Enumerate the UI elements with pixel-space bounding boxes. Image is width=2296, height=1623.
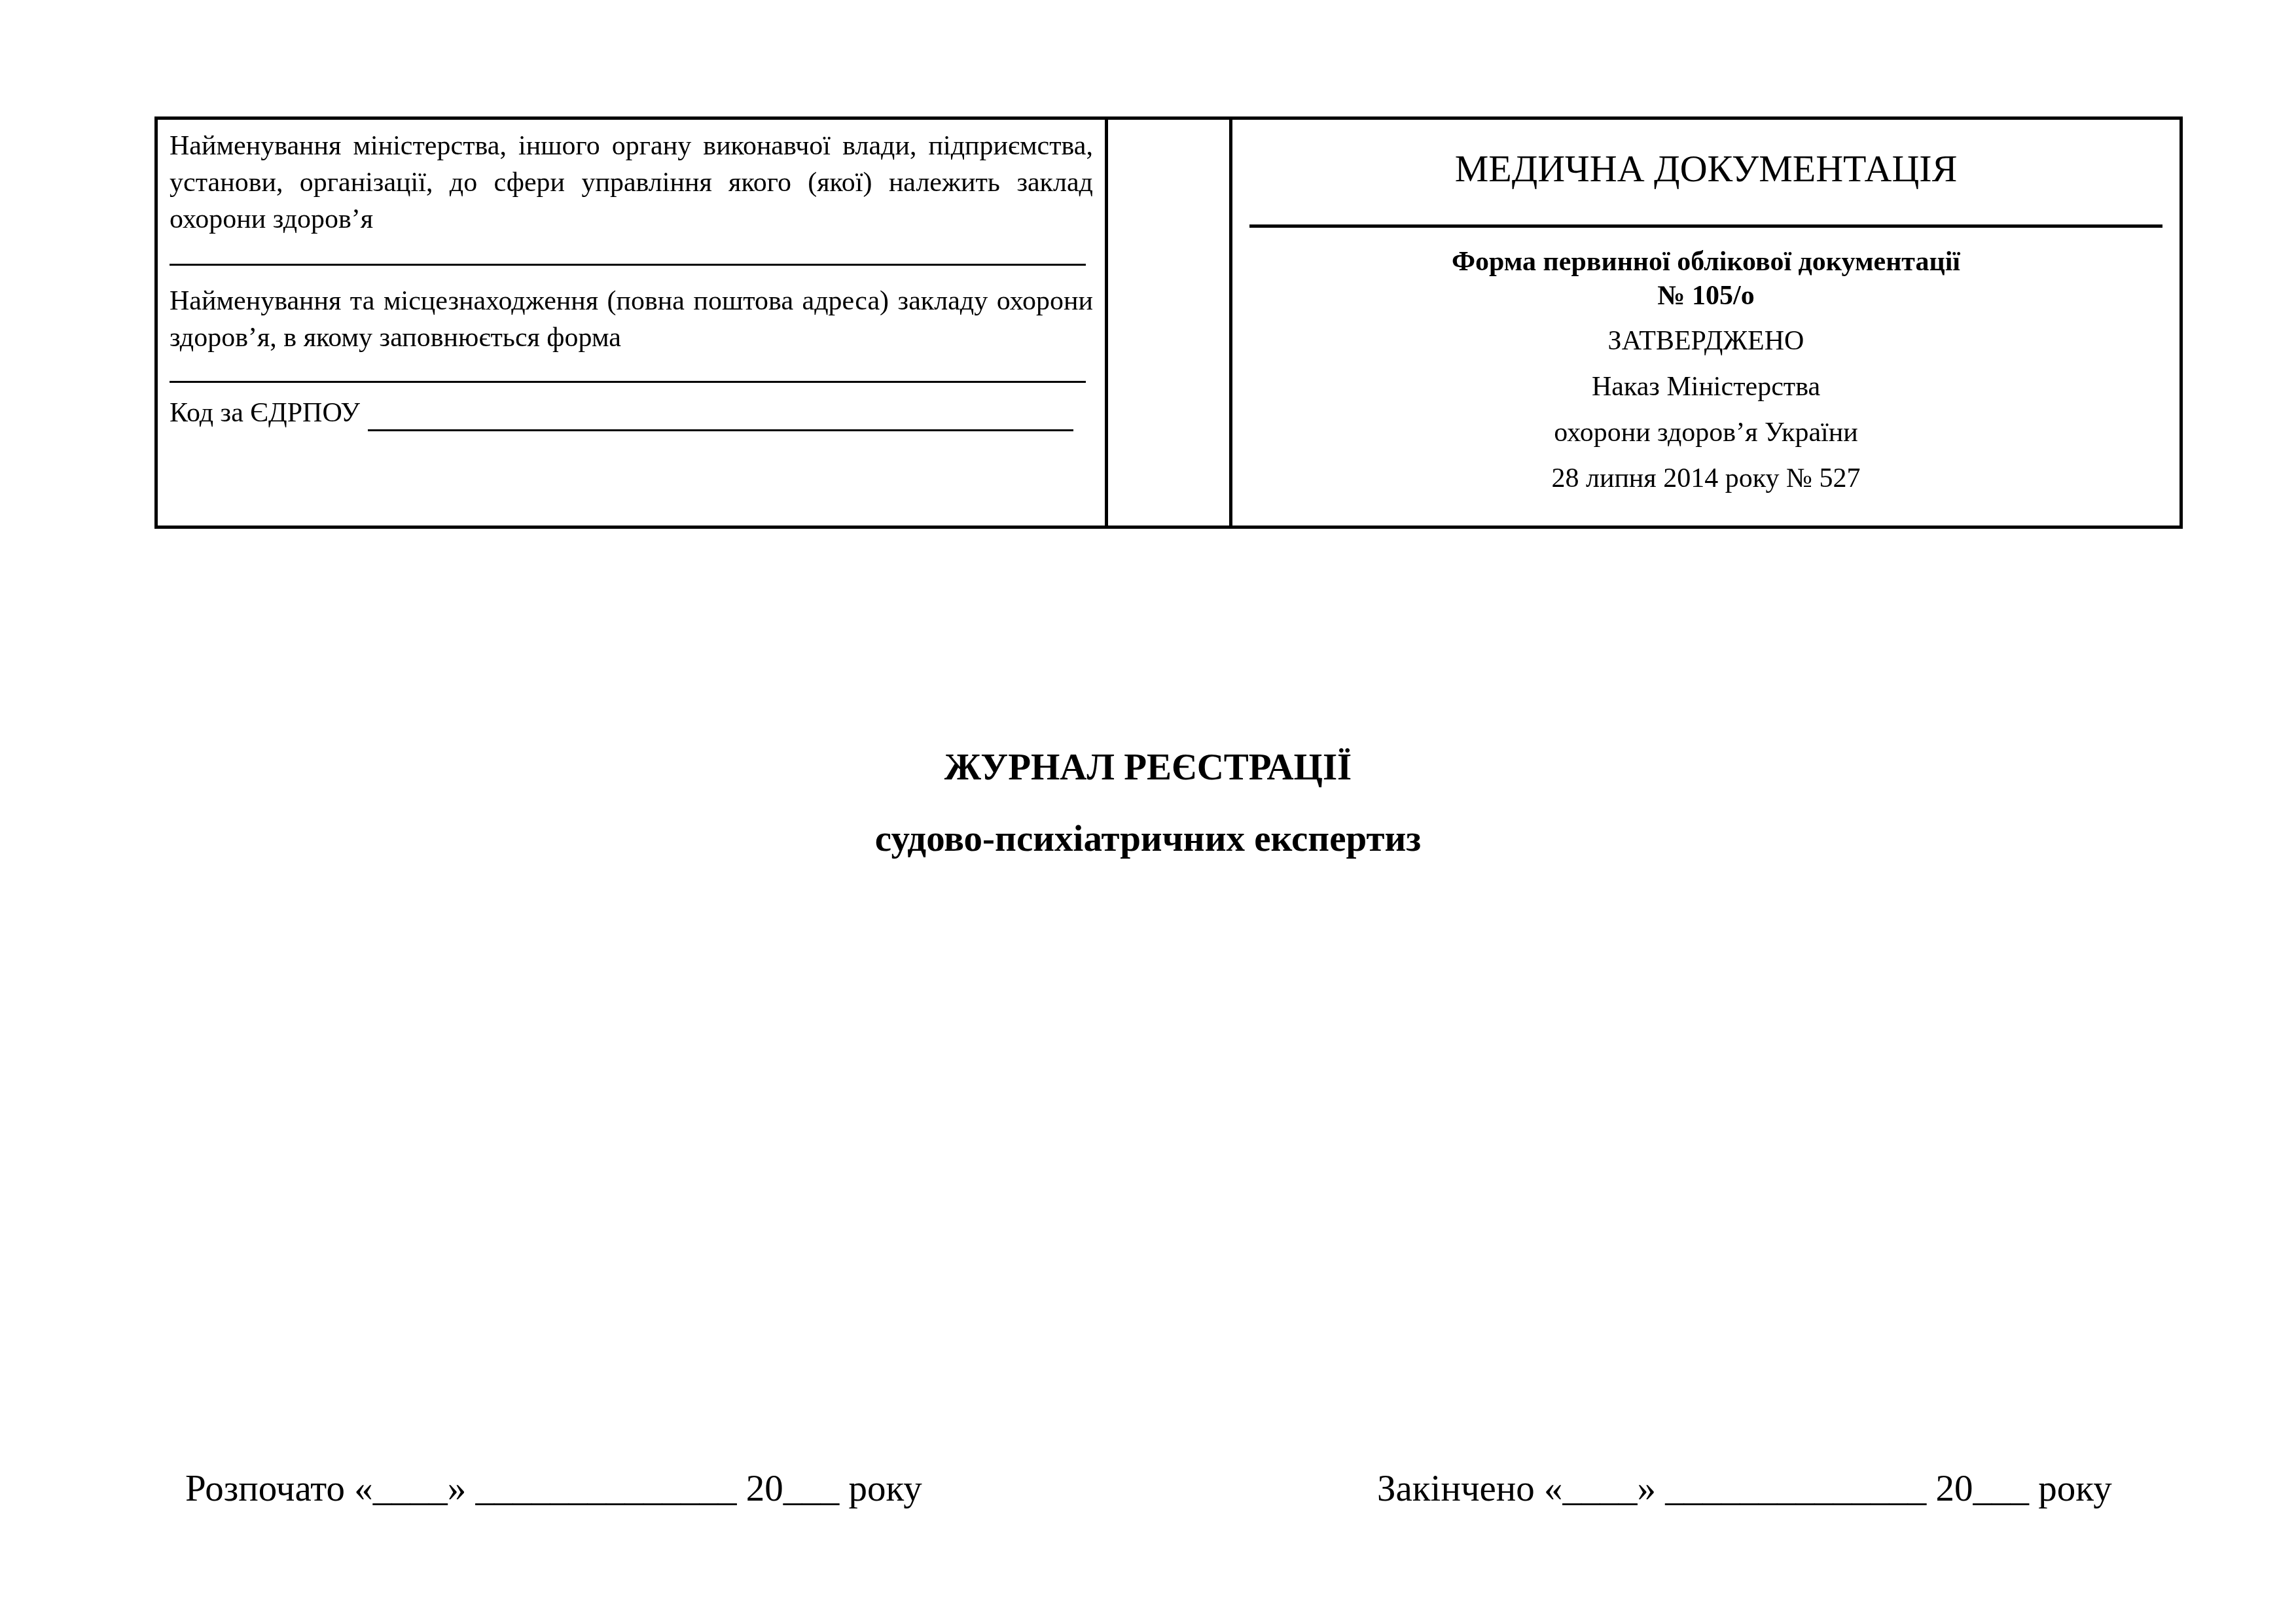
document-subtitle: судово-психіатричних експертиз bbox=[0, 816, 2296, 862]
form-header-box: Найменування міністерства, іншого органу… bbox=[154, 116, 2183, 529]
edrpou-label: Код за ЄДРПОУ bbox=[170, 395, 360, 431]
started-date-field[interactable]: Розпочато «____» ______________ 20___ ро… bbox=[185, 1463, 922, 1515]
form-number: № 105/о bbox=[1232, 279, 2179, 313]
order-line3: 28 липня 2014 року № 527 bbox=[1232, 455, 2179, 501]
approved-label: ЗАТВЕРДЖЕНО bbox=[1232, 318, 2179, 364]
institution-info-column: Найменування міністерства, іншого органу… bbox=[158, 120, 1108, 526]
edrpou-row: Код за ЄДРПОУ bbox=[170, 395, 1093, 431]
facility-label: Найменування та місцезнаходження (повна … bbox=[170, 283, 1093, 356]
form-approval-column: МЕДИЧНА ДОКУМЕНТАЦІЯ Форма первинної обл… bbox=[1232, 120, 2179, 526]
form-name-line1: Форма первинної облікової документації bbox=[1232, 245, 2179, 279]
order-line2: охорони здоров’я України bbox=[1232, 410, 2179, 455]
document-title: ЖУРНАЛ РЕЄСТРАЦІЇ bbox=[0, 745, 2296, 791]
ministry-label: Найменування міністерства, іншого органу… bbox=[170, 128, 1093, 238]
spacer-column bbox=[1108, 120, 1232, 526]
order-line1: Наказ Міністерства bbox=[1232, 364, 2179, 410]
finished-date-field[interactable]: Закінчено «____» ______________ 20___ ро… bbox=[1377, 1463, 2112, 1515]
title-divider bbox=[1249, 224, 2162, 228]
medical-documentation-title: МЕДИЧНА ДОКУМЕНТАЦІЯ bbox=[1232, 146, 2179, 192]
edrpou-fill-line[interactable] bbox=[368, 399, 1073, 431]
